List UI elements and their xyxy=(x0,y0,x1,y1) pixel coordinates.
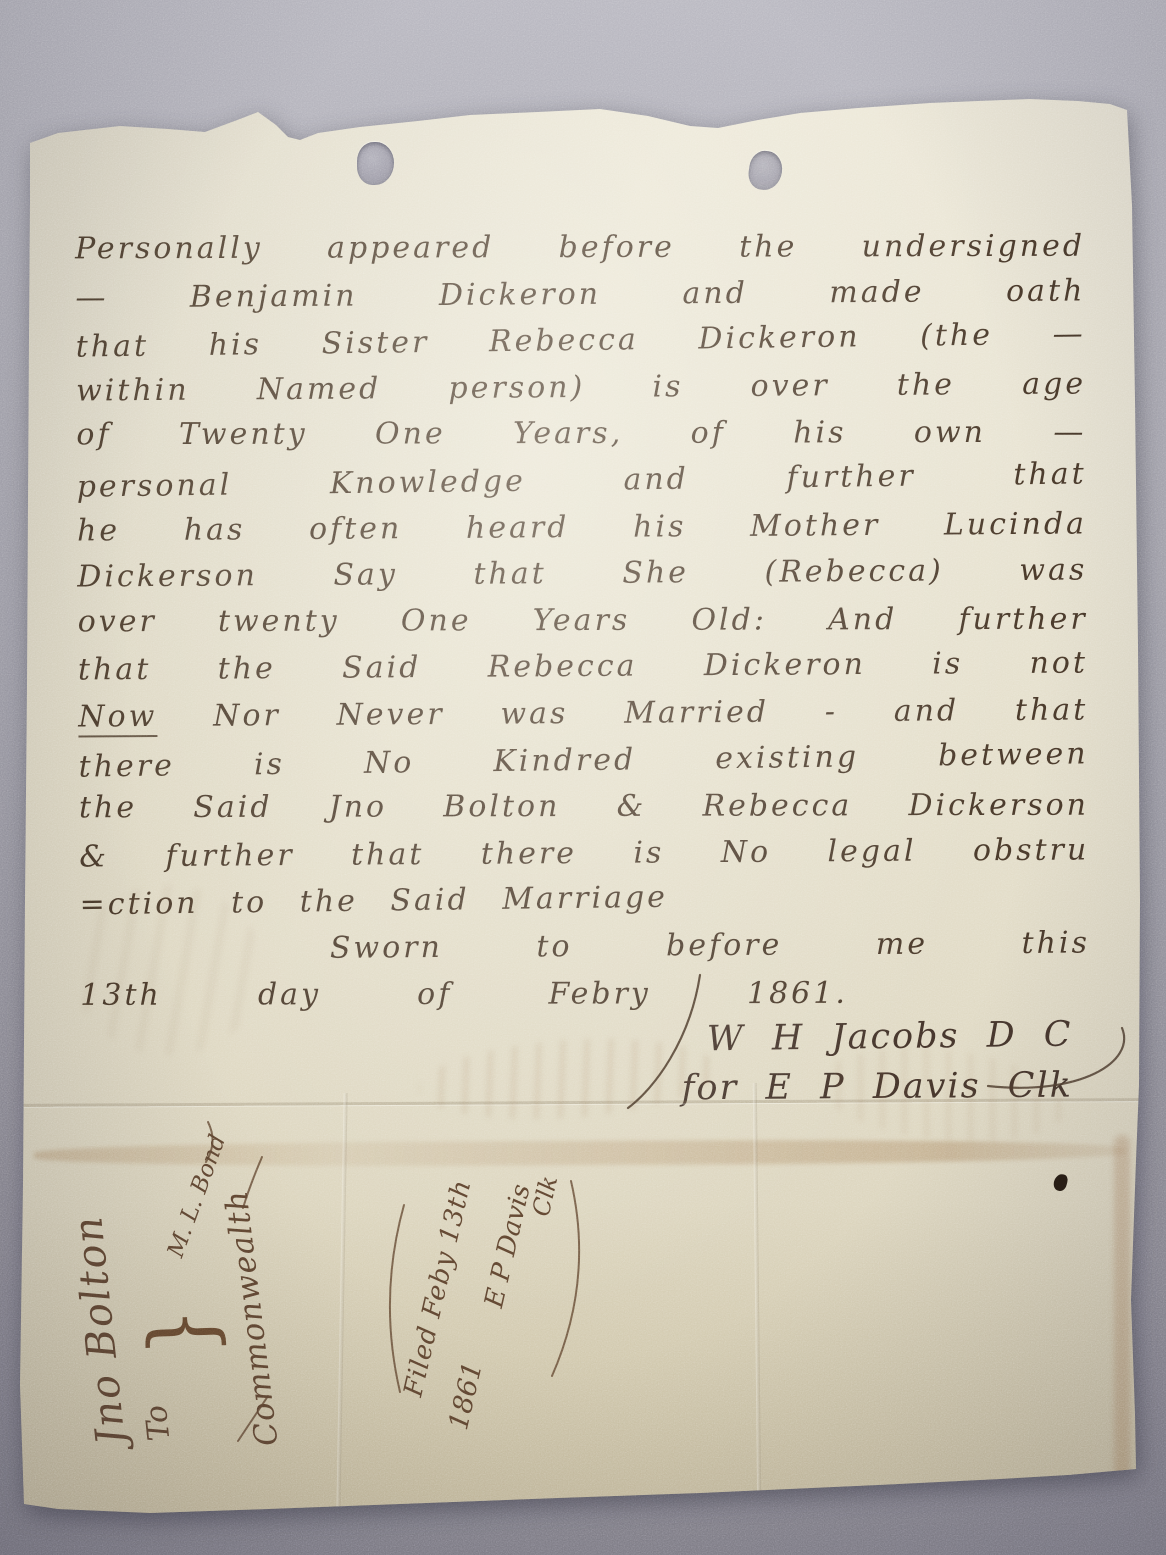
handwritten-line: over twenty One Years Old: And further xyxy=(78,596,1088,645)
right-edge-stain xyxy=(1114,1135,1130,1480)
handwritten-line: & further that there is No legal obstru xyxy=(79,827,1089,881)
handwritten-line: that the Said Rebecca Dickeron is not xyxy=(78,641,1088,695)
punch-hole-right xyxy=(746,149,784,192)
photo-scene: Personally appeared before the undersign… xyxy=(0,0,1166,1555)
underlined-word: Now xyxy=(78,699,157,738)
punch-hole-left xyxy=(357,142,394,185)
ink-showthrough-smudge xyxy=(73,885,263,1055)
handwritten-line: the Said Jno Bolton & Rebecca Dickerson xyxy=(79,783,1089,832)
handwritten-line: Dickerson Say that She (Rebecca) was xyxy=(77,548,1087,602)
docket-brace: } xyxy=(129,1306,233,1358)
handwritten-line: Personally appeared before the undersign… xyxy=(75,224,1085,273)
handwritten-line: of Twenty One Years, of his own — xyxy=(76,410,1086,459)
ink-blot xyxy=(1052,1173,1069,1193)
handwritten-line: within Named person) is over the age xyxy=(76,361,1086,415)
document-paper: Personally appeared before the undersign… xyxy=(18,85,1140,1517)
docket-versus: To xyxy=(139,1403,178,1442)
